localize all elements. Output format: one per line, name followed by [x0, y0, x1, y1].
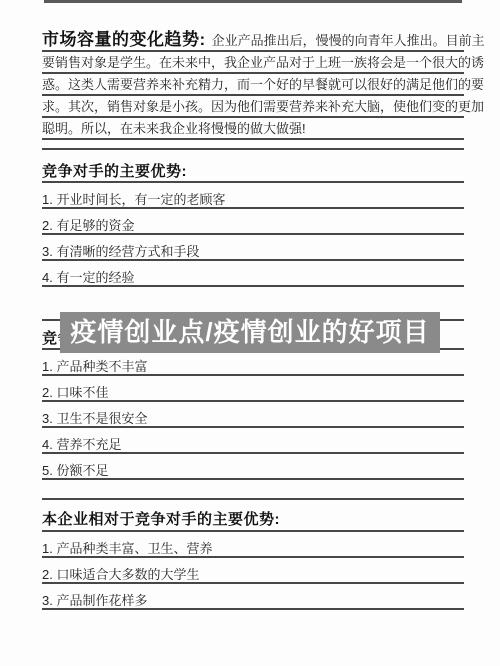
list-item: 5. 份额不足 [42, 460, 464, 480]
ruled-blank-line [42, 486, 464, 500]
paragraph-line: 市场容量的变化趋势:企业产品推出后，慢慢的向青年人推出。目前主 [42, 28, 464, 52]
paragraph-line: 求。其次，销售对象是小孩。因为他们需要营养来补充大脑，使他们变的更加 [42, 96, 464, 118]
document-content: 市场容量的变化趋势:企业产品推出后，慢慢的向青年人推出。目前主 要销售对象是学生… [0, 0, 500, 610]
list-item: 4. 营养不充足 [42, 434, 464, 454]
paragraph-line: 惑。这类人需要营养来补充精力，而一个好的早餐就可以很好的满足他们的要 [42, 74, 464, 96]
list-item: 2. 口味不佳 [42, 382, 464, 402]
overlay-title-text: 疫情创业点/疫情创业的好项目 [70, 317, 429, 347]
market-trend-heading: 市场容量的变化趋势: [42, 30, 206, 49]
competitor-advantages-heading: 竞争对手的主要优势: [42, 163, 187, 180]
list-item: 2. 有足够的资金 [42, 215, 464, 235]
list-item: 3. 产品制作花样多 [42, 590, 464, 610]
our-advantages-heading: 本企业相对于竞争对手的主要优势: [42, 511, 280, 528]
paragraph-text: 企业产品推出后，慢慢的向青年人推出。目前主 [212, 33, 485, 48]
top-divider-line [44, 0, 462, 3]
list-item: 4. 有一定的经验 [42, 267, 464, 287]
document-page: 市场容量的变化趋势:企业产品推出后，慢慢的向青年人推出。目前主 要销售对象是学生… [0, 0, 500, 666]
paragraph-line: 聪明。所以，在未来我企业将慢慢的做大做强! [42, 118, 464, 140]
section-heading-row: 本企业相对于竞争对手的主要优势: [42, 506, 464, 532]
overlay-title-banner: 疫情创业点/疫情创业的好项目 [60, 312, 440, 353]
list-item: 1. 产品种类丰富、卫生、营养 [42, 538, 464, 558]
list-item: 2. 口味适合大多数的大学生 [42, 564, 464, 584]
list-item: 3. 有清晰的经营方式和手段 [42, 241, 464, 261]
paragraph-line: 要销售对象是学生。在未来中，我企业产品对于上班一族将会是一个很大的诱 [42, 52, 464, 74]
list-item: 3. 卫生不是很安全 [42, 408, 464, 428]
ruled-blank-line [42, 140, 464, 150]
section-heading-row: 竞争对手的主要优势: [42, 158, 464, 183]
list-item: 1. 产品种类不丰富 [42, 356, 464, 376]
list-item: 1. 开业时间长，有一定的老顾客 [42, 189, 464, 209]
